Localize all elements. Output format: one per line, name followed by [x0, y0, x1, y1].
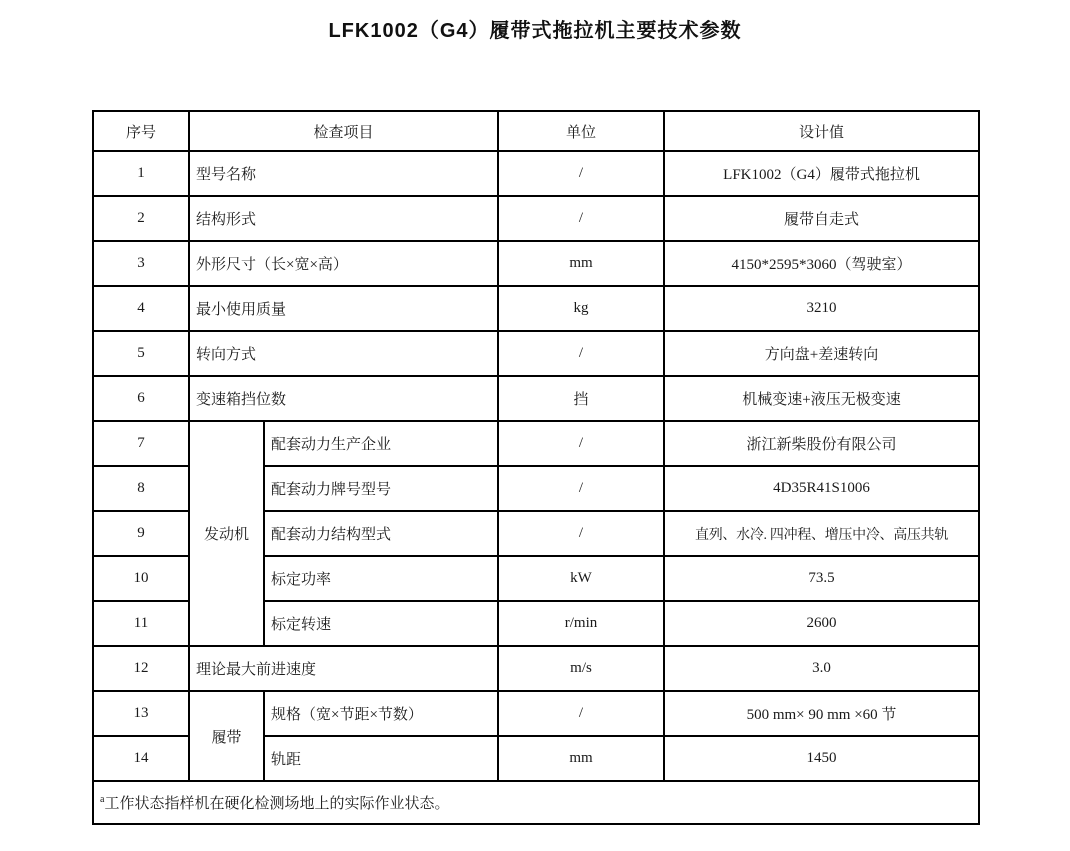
value-cell: 浙江新柴股份有限公司	[664, 421, 979, 466]
row-no-cell: 14	[93, 736, 189, 781]
row-no-cell: 3	[93, 241, 189, 286]
item-cell: 理论最大前进速度	[189, 646, 498, 691]
row-no-cell: 8	[93, 466, 189, 511]
table-row: 1 型号名称 / LFK1002（G4）履带式拖拉机	[93, 151, 979, 196]
value-cell: 4150*2595*3060（驾驶室）	[664, 241, 979, 286]
row-no-cell: 1	[93, 151, 189, 196]
value-cell: 73.5	[664, 556, 979, 601]
value-cell: LFK1002（G4）履带式拖拉机	[664, 151, 979, 196]
page-title: LFK1002（G4）履带式拖拉机主要技术参数	[0, 14, 1070, 43]
item-cell: 规格（宽×节距×节数）	[264, 691, 498, 736]
item-cell: 最小使用质量	[189, 286, 498, 331]
unit-cell: /	[498, 421, 664, 466]
col-header-no: 序号	[93, 111, 189, 151]
unit-cell: m/s	[498, 646, 664, 691]
table-row: 13 履带 规格（宽×节距×节数） / 500 mm× 90 mm ×60 节	[93, 691, 979, 736]
row-no-cell: 10	[93, 556, 189, 601]
item-cell: 配套动力牌号型号	[264, 466, 498, 511]
unit-cell: /	[498, 691, 664, 736]
table-header-row: 序号 检查项目 单位 设计值	[93, 111, 979, 151]
col-header-unit: 单位	[498, 111, 664, 151]
footnote-text: 工作状态指样机在硬化检测场地上的实际作业状态。	[104, 796, 449, 812]
value-cell: 4D35R41S1006	[664, 466, 979, 511]
value-cell: 500 mm× 90 mm ×60 节	[664, 691, 979, 736]
footnote: a工作状态指样机在硬化检测场地上的实际作业状态。	[93, 781, 979, 824]
row-no-cell: 13	[93, 691, 189, 736]
item-cell: 标定转速	[264, 601, 498, 646]
value-cell: 方向盘+差速转向	[664, 331, 979, 376]
unit-cell: /	[498, 466, 664, 511]
item-cell: 结构形式	[189, 196, 498, 241]
unit-cell: /	[498, 196, 664, 241]
row-no-cell: 4	[93, 286, 189, 331]
item-cell: 轨距	[264, 736, 498, 781]
unit-cell: 挡	[498, 376, 664, 421]
unit-cell: kW	[498, 556, 664, 601]
unit-cell: mm	[498, 736, 664, 781]
value-cell: 3.0	[664, 646, 979, 691]
group-cell-engine: 发动机	[189, 421, 264, 646]
row-no-cell: 6	[93, 376, 189, 421]
unit-cell: mm	[498, 241, 664, 286]
table-row: 4 最小使用质量 kg 3210	[93, 286, 979, 331]
item-cell: 转向方式	[189, 331, 498, 376]
table-row: 7 发动机 配套动力生产企业 / 浙江新柴股份有限公司	[93, 421, 979, 466]
unit-cell: kg	[498, 286, 664, 331]
row-no-cell: 11	[93, 601, 189, 646]
item-cell: 标定功率	[264, 556, 498, 601]
unit-cell: /	[498, 331, 664, 376]
value-cell: 2600	[664, 601, 979, 646]
table-row: 12 理论最大前进速度 m/s 3.0	[93, 646, 979, 691]
item-cell: 外形尺寸（长×宽×高）	[189, 241, 498, 286]
row-no-cell: 7	[93, 421, 189, 466]
item-cell: 配套动力结构型式	[264, 511, 498, 556]
footnote-row: a工作状态指样机在硬化检测场地上的实际作业状态。	[93, 781, 979, 824]
value-cell: 1450	[664, 736, 979, 781]
row-no-cell: 9	[93, 511, 189, 556]
table-row: 2 结构形式 / 履带自走式	[93, 196, 979, 241]
value-cell: 机械变速+液压无极变速	[664, 376, 979, 421]
row-no-cell: 5	[93, 331, 189, 376]
table-row: 5 转向方式 / 方向盘+差速转向	[93, 331, 979, 376]
item-cell: 配套动力生产企业	[264, 421, 498, 466]
item-cell: 变速箱挡位数	[189, 376, 498, 421]
col-header-item: 检查项目	[189, 111, 498, 151]
unit-cell: /	[498, 511, 664, 556]
spec-table: 序号 检查项目 单位 设计值 1 型号名称 / LFK1002（G4）履带式拖拉…	[92, 110, 980, 825]
row-no-cell: 12	[93, 646, 189, 691]
value-cell: 3210	[664, 286, 979, 331]
value-cell: 直列、水冷. 四冲程、增压中冷、高压共轨	[664, 511, 979, 556]
unit-cell: r/min	[498, 601, 664, 646]
unit-cell: /	[498, 151, 664, 196]
item-cell: 型号名称	[189, 151, 498, 196]
group-cell-track: 履带	[189, 691, 264, 781]
table-row: 6 变速箱挡位数 挡 机械变速+液压无极变速	[93, 376, 979, 421]
document-page: LFK1002（G4）履带式拖拉机主要技术参数 序号 检查项目 单位 设计值 1…	[0, 0, 1070, 851]
row-no-cell: 2	[93, 196, 189, 241]
value-cell: 履带自走式	[664, 196, 979, 241]
col-header-value: 设计值	[664, 111, 979, 151]
table-row: 3 外形尺寸（长×宽×高） mm 4150*2595*3060（驾驶室）	[93, 241, 979, 286]
